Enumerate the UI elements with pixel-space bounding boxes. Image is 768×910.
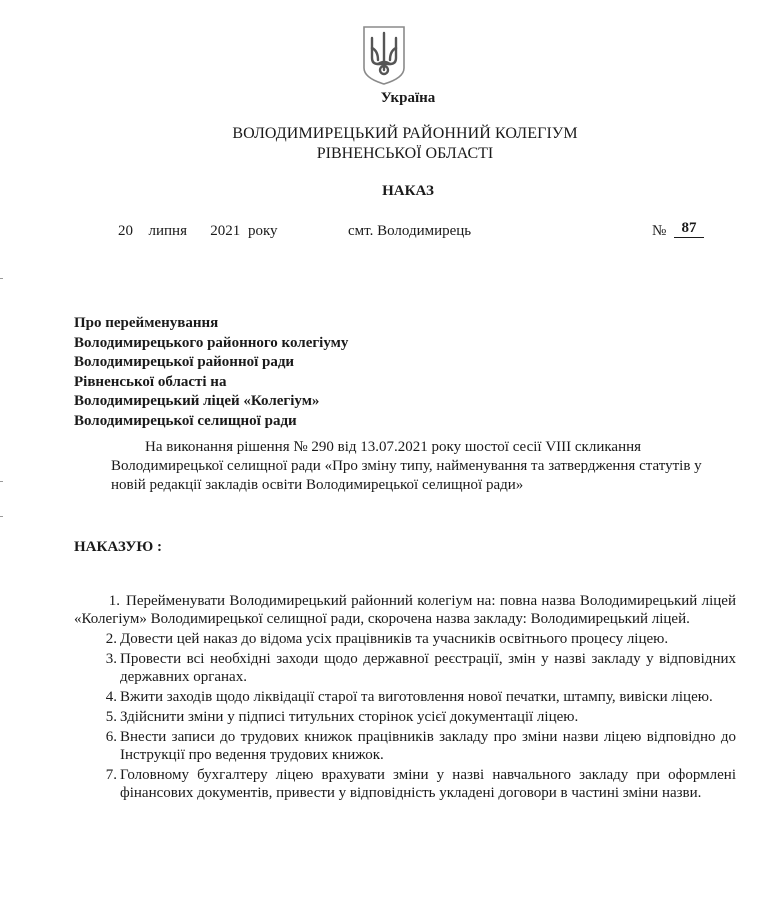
- item-text: Вжити заходів щодо ліквідації старої та …: [120, 688, 736, 706]
- subject-line: Володимирецького районного колегіуму: [74, 334, 348, 354]
- order-heading: НАКАЗУЮ :: [74, 539, 162, 556]
- list-item: 4. Вжити заходів щодо ліквідації старої …: [74, 688, 736, 706]
- document-number-value: 87: [674, 219, 704, 238]
- margin-mark: [0, 481, 3, 482]
- preamble-text: На виконання рішення № 290 від 13.07.202…: [111, 438, 735, 494]
- organization-name: ВОЛОДИМИРЕЦЬКИЙ РАЙОННИЙ КОЛЕГІУМ: [180, 125, 630, 143]
- subject-line: Про перейменування: [74, 314, 348, 334]
- list-item: 1. Перейменувати Володимирецький районни…: [74, 592, 736, 628]
- item-text: Провести всі необхідні заходи щодо держа…: [120, 650, 736, 686]
- subject-line: Володимирецької районної ради: [74, 353, 348, 373]
- margin-mark: [0, 516, 3, 517]
- subject-line: Рівненської області на: [74, 373, 348, 393]
- item-number: 6.: [99, 728, 117, 746]
- subject-line: Володимирецької селищної ради: [74, 412, 348, 432]
- list-item: 5. Здійснити зміни у підписі титульних с…: [74, 708, 736, 726]
- list-item: 7. Головному бухгалтеру ліцею врахувати …: [74, 766, 736, 802]
- document-date: 20 липня 2021 року: [118, 223, 278, 240]
- organization-region: РІВНЕНСЬКОЇ ОБЛАСТІ: [180, 145, 630, 163]
- item-number: 7.: [99, 766, 117, 784]
- item-text: Головному бухгалтеру ліцею врахувати змі…: [120, 766, 736, 802]
- document-type-title: НАКАЗ: [360, 183, 456, 200]
- item-text: Довести цей наказ до відома усіх працівн…: [120, 630, 736, 648]
- item-text: Здійснити зміни у підписі титульних стор…: [120, 708, 736, 726]
- order-subject: Про перейменування Володимирецького райо…: [74, 314, 348, 432]
- list-item: 3. Провести всі необхідні заходи щодо де…: [74, 650, 736, 686]
- item-number: 5.: [99, 708, 117, 726]
- country-name: Україна: [360, 90, 456, 107]
- item-number: 2.: [99, 630, 117, 648]
- list-item: 2. Довести цей наказ до відома усіх прац…: [74, 630, 736, 648]
- item-number: 4.: [99, 688, 117, 706]
- subject-line: Володимирецький ліцей «Колегіум»: [74, 392, 348, 412]
- item-text: Внести записи до трудових книжок працівн…: [120, 728, 736, 764]
- item-text: Перейменувати Володимирецький районний к…: [74, 592, 736, 628]
- document-number-label: №: [652, 223, 666, 240]
- trident-coat-of-arms-icon: [361, 24, 407, 86]
- list-item: 6. Внести записи до трудових книжок прац…: [74, 728, 736, 764]
- margin-mark: [0, 278, 3, 279]
- document-place: смт. Володимирець: [348, 223, 471, 240]
- preamble-paragraph: На виконання рішення № 290 від 13.07.202…: [145, 438, 735, 494]
- order-items-list: 1. Перейменувати Володимирецький районни…: [74, 592, 736, 804]
- item-number: 1.: [102, 592, 120, 610]
- item-number: 3.: [99, 650, 117, 668]
